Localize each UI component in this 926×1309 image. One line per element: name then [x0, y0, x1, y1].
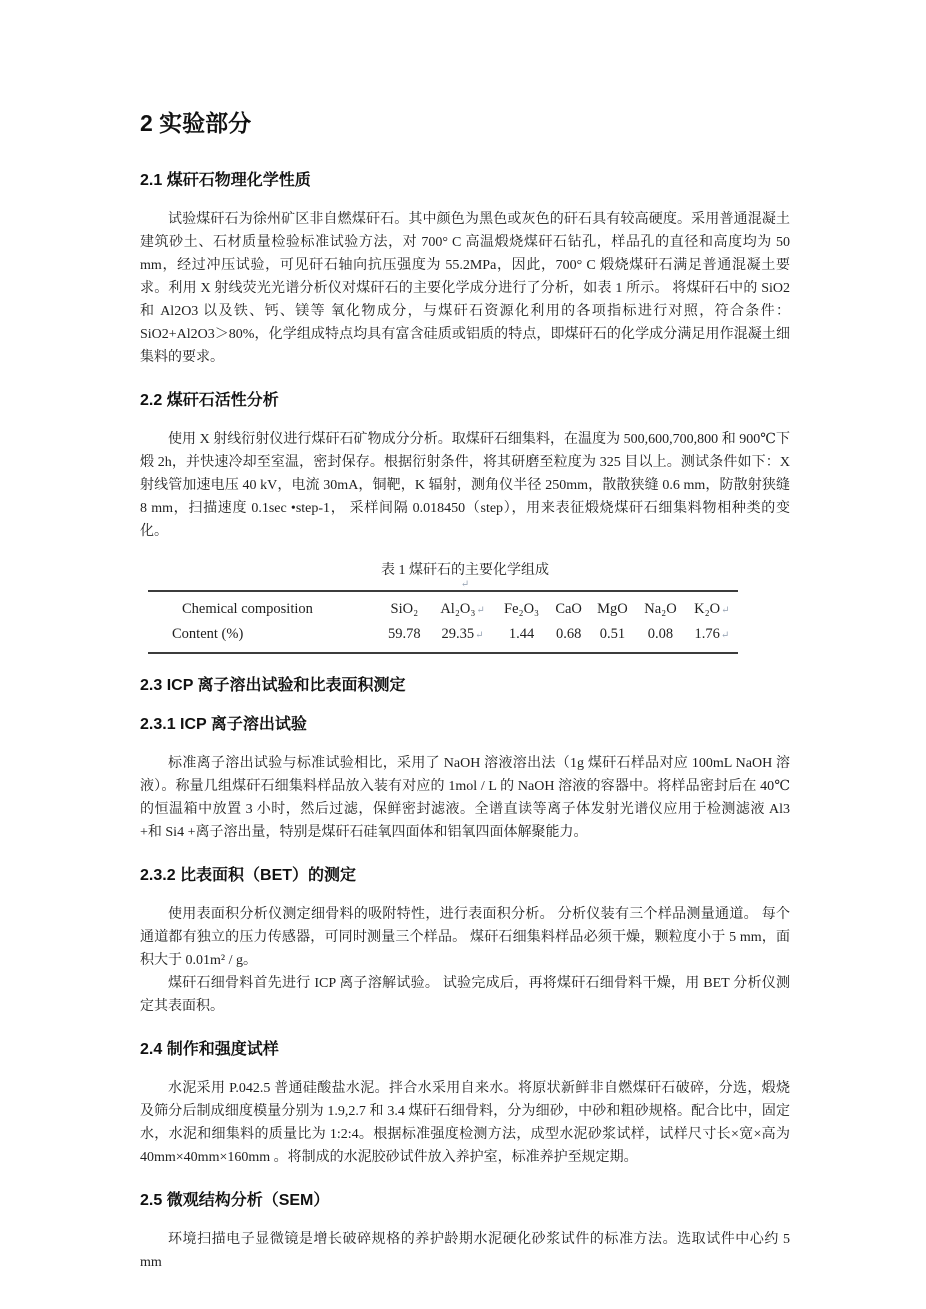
paragraph-2-3-2-b: 煤矸石细骨料首先进行 ICP 离子溶解试验。 试验完成后，再将煤矸石细骨料干燥，…: [140, 972, 790, 1018]
table-header-row: Chemical composition SiO₂ Al₂O₃↵ Fe₂O₃ C…: [148, 591, 738, 622]
column-name: Na₂O: [644, 601, 676, 617]
column-value: 29.35: [442, 626, 475, 642]
section-heading-2-5: 2.5 微观结构分析（SEM）: [140, 1190, 790, 1212]
table-header-cell: SiO₂: [380, 591, 430, 622]
paragraph-mark: ↵: [476, 605, 484, 616]
table-value-cell: 59.78: [380, 622, 430, 653]
column-name: MgO: [597, 601, 628, 617]
column-name: K₂O: [694, 601, 720, 617]
section-heading-2-3: 2.3 ICP 离子溶出试验和比表面积测定: [140, 675, 790, 697]
table-header-cell: CaO: [549, 591, 590, 622]
table-value-cell: 0.68: [549, 622, 590, 653]
table-row-label: Content (%): [148, 622, 380, 653]
column-name: Fe₂O₃: [504, 601, 539, 617]
paragraph-2-3-2-a: 使用表面积分析仪测定细骨料的吸附特性，进行表面积分析。 分析仪装有三个样品测量通…: [140, 903, 790, 972]
paragraph-2-5: 环境扫描电子显微镜是增长破碎规格的养护龄期水泥硬化砂浆试件的标准方法。选取试件中…: [140, 1228, 790, 1274]
table-header-cell: MgO: [590, 591, 637, 622]
paragraph-mark: ↵: [140, 580, 790, 590]
section-heading-2-2: 2.2 煤矸石活性分析: [140, 390, 790, 412]
section-heading-2-4: 2.4 制作和强度试样: [140, 1039, 790, 1061]
page-title: 2 实验部分: [140, 108, 790, 138]
column-value: 59.78: [388, 626, 421, 642]
column-name: SiO₂: [391, 601, 419, 617]
table-header-cell: K₂O↵: [686, 591, 738, 622]
section-heading-2-3-2: 2.3.2 比表面积（BET）的测定: [140, 865, 790, 887]
paragraph-mark: ↵: [475, 630, 483, 641]
paragraph-mark: ↵: [721, 630, 729, 641]
table-value-cell: 0.08: [636, 622, 685, 653]
column-value: 1.76: [694, 626, 719, 642]
paragraph-2-1: 试验煤矸石为徐州矿区非自燃煤矸石。其中颜色为黑色或灰色的矸石具有较高硬度。采用普…: [140, 208, 790, 369]
table-header-cell: Na₂O: [636, 591, 685, 622]
paragraph-mark: ↵: [721, 605, 729, 616]
paragraph-2-3-1: 标准离子溶出试验与标准试验相比，采用了 NaOH 溶液溶出法（1g 煤矸石样品对…: [140, 752, 790, 844]
column-value: 0.51: [600, 626, 625, 642]
table-header-label: Chemical composition: [148, 591, 380, 622]
table-value-cell: 1.76↵: [686, 622, 738, 653]
section-heading-2-3-1: 2.3.1 ICP 离子溶出试验: [140, 714, 790, 736]
column-name: CaO: [555, 601, 582, 617]
table-value-cell: 29.35↵: [430, 622, 496, 653]
table-value-row: Content (%) 59.78 29.35↵ 1.44 0.68 0.51 …: [148, 622, 738, 653]
table-value-cell: 0.51: [590, 622, 637, 653]
table-caption: 表 1 煤矸石的主要化学组成: [140, 562, 790, 580]
paragraph-2-2: 使用 X 射线衍射仪进行煤矸石矿物成分分析。取煤矸石细集料，在温度为 500,6…: [140, 428, 790, 543]
paragraph-2-4: 水泥采用 P.042.5 普通硅酸盐水泥。拌合水采用自来水。将原状新鲜非自燃煤矸…: [140, 1077, 790, 1169]
table-value-cell: 1.44: [495, 622, 548, 653]
column-value: 0.08: [648, 626, 673, 642]
table-header-cell: Fe₂O₃: [495, 591, 548, 622]
section-heading-2-1: 2.1 煤矸石物理化学性质: [140, 170, 790, 192]
column-value: 0.68: [556, 626, 581, 642]
chemical-composition-table: Chemical composition SiO₂ Al₂O₃↵ Fe₂O₃ C…: [148, 590, 738, 654]
column-name: Al₂O₃: [440, 601, 475, 617]
column-value: 1.44: [509, 626, 534, 642]
document-page: 2 实验部分 2.1 煤矸石物理化学性质 试验煤矸石为徐州矿区非自燃煤矸石。其中…: [0, 0, 926, 1309]
table-header-cell: Al₂O₃↵: [430, 591, 496, 622]
